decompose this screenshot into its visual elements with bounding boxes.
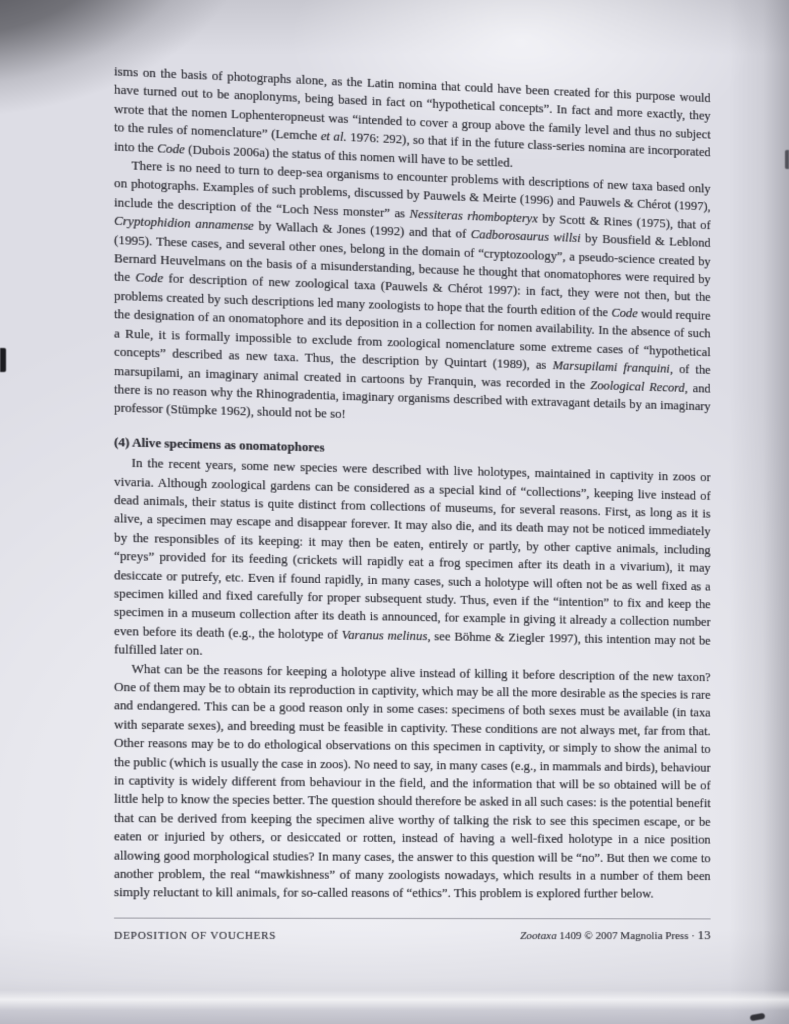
body-text: by Scott & Rines (1975), that of — [538, 212, 711, 232]
italic-term: Code — [136, 271, 164, 286]
italic-term: et al. — [321, 129, 347, 144]
paragraph: There is no need to turn to deep-sea org… — [114, 156, 711, 434]
page-number: 13 — [698, 927, 711, 942]
scan-artifact-right-dash — [785, 150, 789, 169]
page-bottom-edge — [0, 990, 789, 1024]
italic-term: Cadborosaurus willsi — [471, 227, 581, 245]
page-footer: DEPOSITION OF VOUCHERS Zootaxa 1409 © 20… — [114, 917, 711, 945]
footer-issue-copyright: 1409 © 2007 Magnolia Press — [557, 930, 689, 942]
italic-term: Marsupilami franquini — [553, 358, 670, 375]
page-content: isms on the basis of photographs alone, … — [114, 62, 711, 945]
italic-term: Code — [157, 141, 185, 156]
scanned-page: isms on the basis of photographs alone, … — [0, 0, 789, 1024]
italic-term: Zoological Record — [590, 378, 684, 395]
footer-row: DEPOSITION OF VOUCHERS Zootaxa 1409 © 20… — [114, 918, 711, 945]
body-text: isms on the basis of photographs alone, … — [114, 64, 711, 143]
text-column: isms on the basis of photographs alone, … — [114, 62, 711, 903]
italic-term: Code — [611, 305, 637, 320]
footer-citation: Zootaxa 1409 © 2007 Magnolia Press · 13 — [520, 926, 710, 945]
paragraph: What can be the reasons for keeping a ho… — [114, 659, 711, 903]
body-text: What can be the reasons for keeping a ho… — [114, 661, 711, 901]
journal-name: Zootaxa — [520, 930, 556, 942]
footer-separator: · — [688, 930, 697, 942]
italic-term: Cryptophidion annamense — [114, 214, 254, 233]
running-title: DEPOSITION OF VOUCHERS — [114, 927, 276, 946]
paragraph: In the recent years, some new species we… — [114, 453, 711, 668]
italic-term: Varanus melinus — [342, 628, 428, 643]
scan-artifact-left-notch — [0, 348, 6, 372]
scan-artifact-corner-mark — [750, 1013, 766, 1022]
italic-term: Nessiteras rhombopteryx — [410, 207, 538, 226]
body-text: In the recent years, some new species we… — [114, 456, 711, 642]
